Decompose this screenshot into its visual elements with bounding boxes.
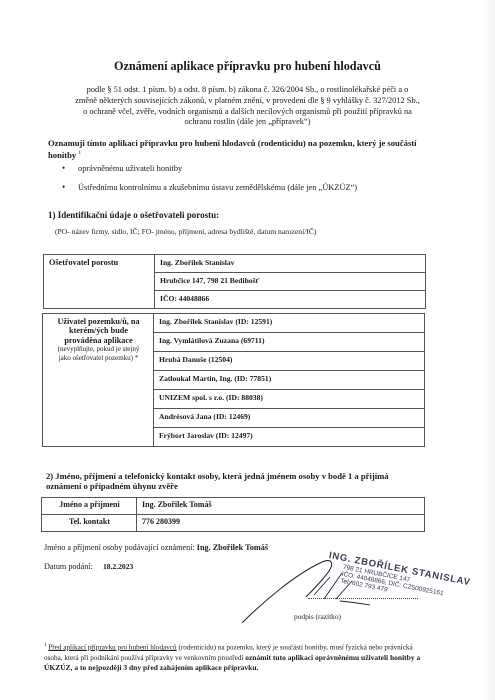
document-page: Oznámení aplikace přípravku pro hubení h…	[0, 0, 495, 700]
signature-line	[308, 598, 418, 599]
label-line: kterém/ých bude	[69, 326, 128, 335]
table-row: Tel. kontakt 776 280399	[42, 515, 425, 532]
footnote-mark: 1	[78, 150, 81, 156]
label-note-line: jako ošetřovatel pozemku) *	[59, 354, 139, 362]
caretaker-label: Ošetřovatel porostu	[44, 255, 155, 309]
filer-value: Ing. Zbořilek Tomáš	[197, 543, 268, 552]
land-user: Frýbort Jaroslav (ID: 12497)	[154, 428, 425, 447]
land-user: Ing. Zbořilek Stanislav (ID: 12591)	[154, 314, 425, 333]
section1-note: (PO- název firmy, sídlo, IČ; FO- jméno, …	[55, 227, 316, 236]
contact-phone-value: 776 280399	[137, 515, 425, 532]
filer-line: Jméno a příjmení osoby podávající oznáme…	[44, 543, 268, 552]
section2-heading: 2) Jméno, příjmení a telefonický kontakt…	[46, 471, 426, 491]
land-user: Zatloukal Martin, Ing. (ID: 77851)	[154, 371, 425, 390]
caretaker-address: Hrubčice 147, 798 21 Bedihošť	[155, 273, 426, 291]
intro-line: o ochraně včel, zvěře, vodních organismů…	[40, 107, 455, 118]
signature-caption: podpis (razítko)	[294, 612, 341, 621]
land-users-table: Uživatel pozemku/ů, na kterém/ých bude p…	[42, 313, 425, 447]
caretaker-table: Ošetřovatel porostu Ing. Zbořilek Stanis…	[43, 254, 426, 309]
label-note: (nevyplňujte, pokud je stejný jako ošetř…	[48, 345, 149, 362]
caretaker-name: Ing. Zbořilek Stanislav	[155, 255, 426, 273]
caretaker-ico: IČO: 44048866	[155, 291, 426, 309]
document-title: Oznámení aplikace přípravku pro hubení h…	[0, 59, 495, 74]
table-row: Ošetřovatel porostu Ing. Zbořilek Stanis…	[44, 255, 426, 273]
land-user: Hrubá Danuše (12504)	[154, 352, 425, 371]
footnote-underlined: Před aplikací přípravku pro hubení hloda…	[48, 643, 176, 651]
scan-edge-shade	[483, 0, 495, 700]
announcement: Oznamuji tímto aplikaci přípravku pro hu…	[48, 138, 428, 160]
contact-phone-label: Tel. kontakt	[42, 515, 137, 532]
intro-line: ochranu rostlin (dále jen „přípravek“)	[40, 117, 455, 128]
announcement-text: Oznamuji tímto aplikaci přípravku pro hu…	[48, 138, 417, 160]
contact-table: Jméno a příjmení Ing. Zbořilek Tomáš Tel…	[41, 497, 425, 532]
intro-line: změně některých souvisejících zákonů, v …	[40, 96, 455, 107]
footnote: 1 Před aplikací přípravku pro hubení hlo…	[44, 641, 429, 673]
intro-line: podle § 51 odst. 1 písm. b) a odst. 8 pí…	[40, 85, 455, 96]
label-note-line: (nevyplňujte, pokud je stejný	[58, 345, 140, 353]
land-users-label: Uživatel pozemku/ů, na kterém/ých bude p…	[43, 314, 154, 447]
section1-heading: 1) Identifikační údaje o ošetřovateli po…	[48, 210, 219, 220]
contact-name-label: Jméno a příjmení	[42, 498, 137, 515]
filer-label: Jméno a příjmení osoby podávající oznáme…	[44, 543, 195, 552]
legal-intro: podle § 51 odst. 1 písm. b) a odst. 8 pí…	[40, 85, 455, 128]
date-line: Datum podání: 18.2.2023	[44, 562, 133, 571]
land-user: Andrésová Jana (ID: 12469)	[154, 409, 425, 428]
recipients-list: oprávněnému uživateli honitby Ústřednímu…	[62, 164, 357, 202]
label-line: prováděna aplikace	[64, 336, 132, 345]
list-item: Ústřednímu kontrolnímu a zkušebnímu ústa…	[62, 183, 357, 202]
contact-name-value: Ing. Zbořilek Tomáš	[137, 498, 425, 515]
footnote-mark: 1	[44, 643, 47, 648]
land-user: UNIZEM spol. s r.o. (ID: 88038)	[154, 390, 425, 409]
date-value: 18.2.2023	[103, 562, 133, 571]
table-row: Jméno a příjmení Ing. Zbořilek Tomáš	[42, 498, 425, 515]
label-line: Uživatel pozemku/ů, na	[57, 317, 139, 326]
table-row: Uživatel pozemku/ů, na kterém/ých bude p…	[43, 314, 425, 333]
land-user: Ing. Vymlátilová Zuzana (69711)	[154, 333, 425, 352]
list-item: oprávněnému uživateli honitby	[62, 164, 357, 183]
date-label: Datum podání:	[44, 562, 93, 571]
